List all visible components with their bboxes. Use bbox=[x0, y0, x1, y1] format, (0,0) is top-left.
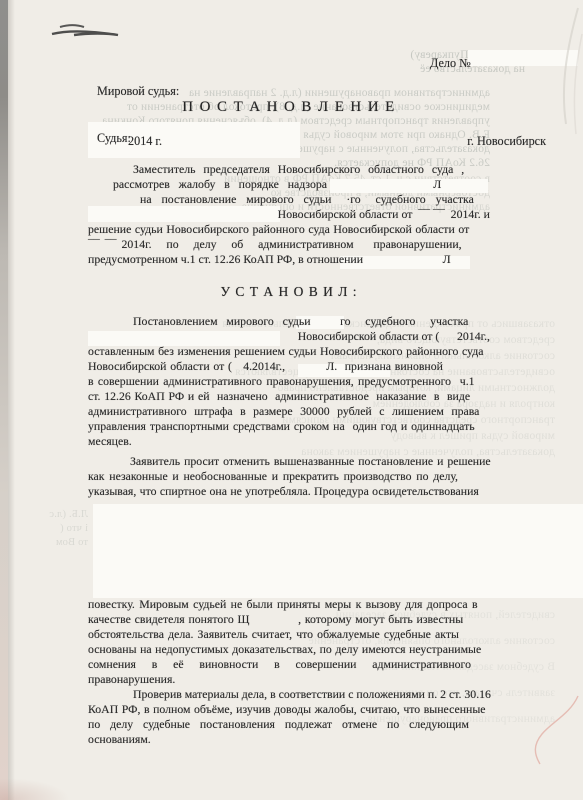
doc-line: на постановление мирового судьи ·го суде… bbox=[88, 192, 490, 207]
doc-line: основаны на недопустимых доказательствах… bbox=[88, 642, 490, 657]
redaction-box bbox=[93, 504, 583, 598]
mirovoy-sudya-label: Мировой судья: bbox=[97, 84, 179, 99]
date-place-line: 2014 г. г. Новосибирск bbox=[88, 134, 546, 149]
doc-line: обстоятельства дела. Заявитель считает, … bbox=[88, 627, 490, 642]
conclusion-paragraph: повестку. Мировым судьей не были приняты… bbox=[88, 597, 490, 747]
doc-line: предусмотренном ч.1 ст. 12.26 КоАП РФ, в… bbox=[88, 252, 490, 267]
pink-pen-squiggle bbox=[500, 688, 583, 773]
scanned-document-page: Признавая Пупкареву) на доказательство е… bbox=[0, 0, 583, 800]
document-city: г. Новосибирск bbox=[467, 134, 546, 149]
scan-edge-fade bbox=[8, 0, 15, 800]
doc-line: оставленным без изменения решением судьи… bbox=[88, 344, 490, 359]
doc-line: месяцев. bbox=[88, 434, 490, 449]
doc-line: повестку. Мировым судьей не были приняты… bbox=[88, 597, 490, 612]
pen-mark bbox=[48, 18, 132, 44]
doc-line: как незаконные и необоснованные и прекра… bbox=[88, 469, 490, 484]
facts-paragraph: Постановлением мирового судьи го судебно… bbox=[88, 314, 490, 449]
ustanovil-heading: У С Т А Н О В И Л : bbox=[88, 284, 490, 300]
doc-line: качестве свидетеля понятого Щ , которому… bbox=[88, 612, 490, 627]
doc-line: рассмотрев жалобу в порядке надзора Л bbox=[88, 177, 490, 192]
complaint-paragraph: Заявитель просит отменить вышеназванные … bbox=[88, 454, 490, 499]
doc-line: в совершении административного правонару… bbox=[88, 374, 490, 389]
doc-line: основаниям. bbox=[88, 732, 490, 747]
doc-line: по делу судебные постановления подлежат … bbox=[88, 717, 490, 732]
doc-line: Новосибирской области от ( 2014г., bbox=[88, 329, 490, 344]
bleed-through-text: Л.Б. (л.с і что ( то Вом bbox=[14, 508, 88, 550]
doc-line: сомнения в её виновности в совершении ад… bbox=[88, 657, 490, 672]
doc-line: управления транспортными средствами срок… bbox=[88, 419, 490, 434]
doc-line: административного штрафа в размере 30000… bbox=[88, 404, 490, 419]
doc-line: Заместитель председателя Новосибирского … bbox=[88, 162, 490, 177]
document-title: П О С Т А Н О В Л Е Н И Е bbox=[88, 99, 490, 116]
case-number-label: Дело № bbox=[430, 55, 471, 71]
doc-line: Постановлением мирового судьи го судебно… bbox=[88, 314, 490, 329]
doc-line: ст. 12.26 КоАП РФ и ей назначено админис… bbox=[88, 389, 490, 404]
doc-line: указывая, что спиртное она не употреблял… bbox=[88, 484, 490, 499]
doc-line: Проверив материалы дела, в соответствии … bbox=[88, 687, 490, 702]
doc-line: КоАП РФ, в полном объёме, изучив доводы … bbox=[88, 702, 490, 717]
doc-line: Новосибирской области от ( 4.2014г., Л. … bbox=[88, 359, 490, 374]
intro-paragraph: Заместитель председателя Новосибирского … bbox=[88, 162, 490, 267]
doc-line: решение судьи Новосибирского районного с… bbox=[88, 222, 490, 237]
doc-line: ¯¯ ¯¯ 2014г. по делу об административном… bbox=[88, 237, 490, 252]
scan-streak bbox=[540, 4, 583, 154]
doc-line: Заявитель просит отменить вышеназванные … bbox=[88, 454, 490, 469]
document-date: 2014 г. bbox=[88, 134, 162, 149]
scan-corner-smudge bbox=[0, 778, 70, 800]
doc-line: правонарушения. bbox=[88, 672, 490, 687]
scan-edge-shadow bbox=[0, 0, 8, 800]
doc-line: Новосибирской области от ¯¯ ¯¯ 2014г. и bbox=[88, 207, 490, 222]
